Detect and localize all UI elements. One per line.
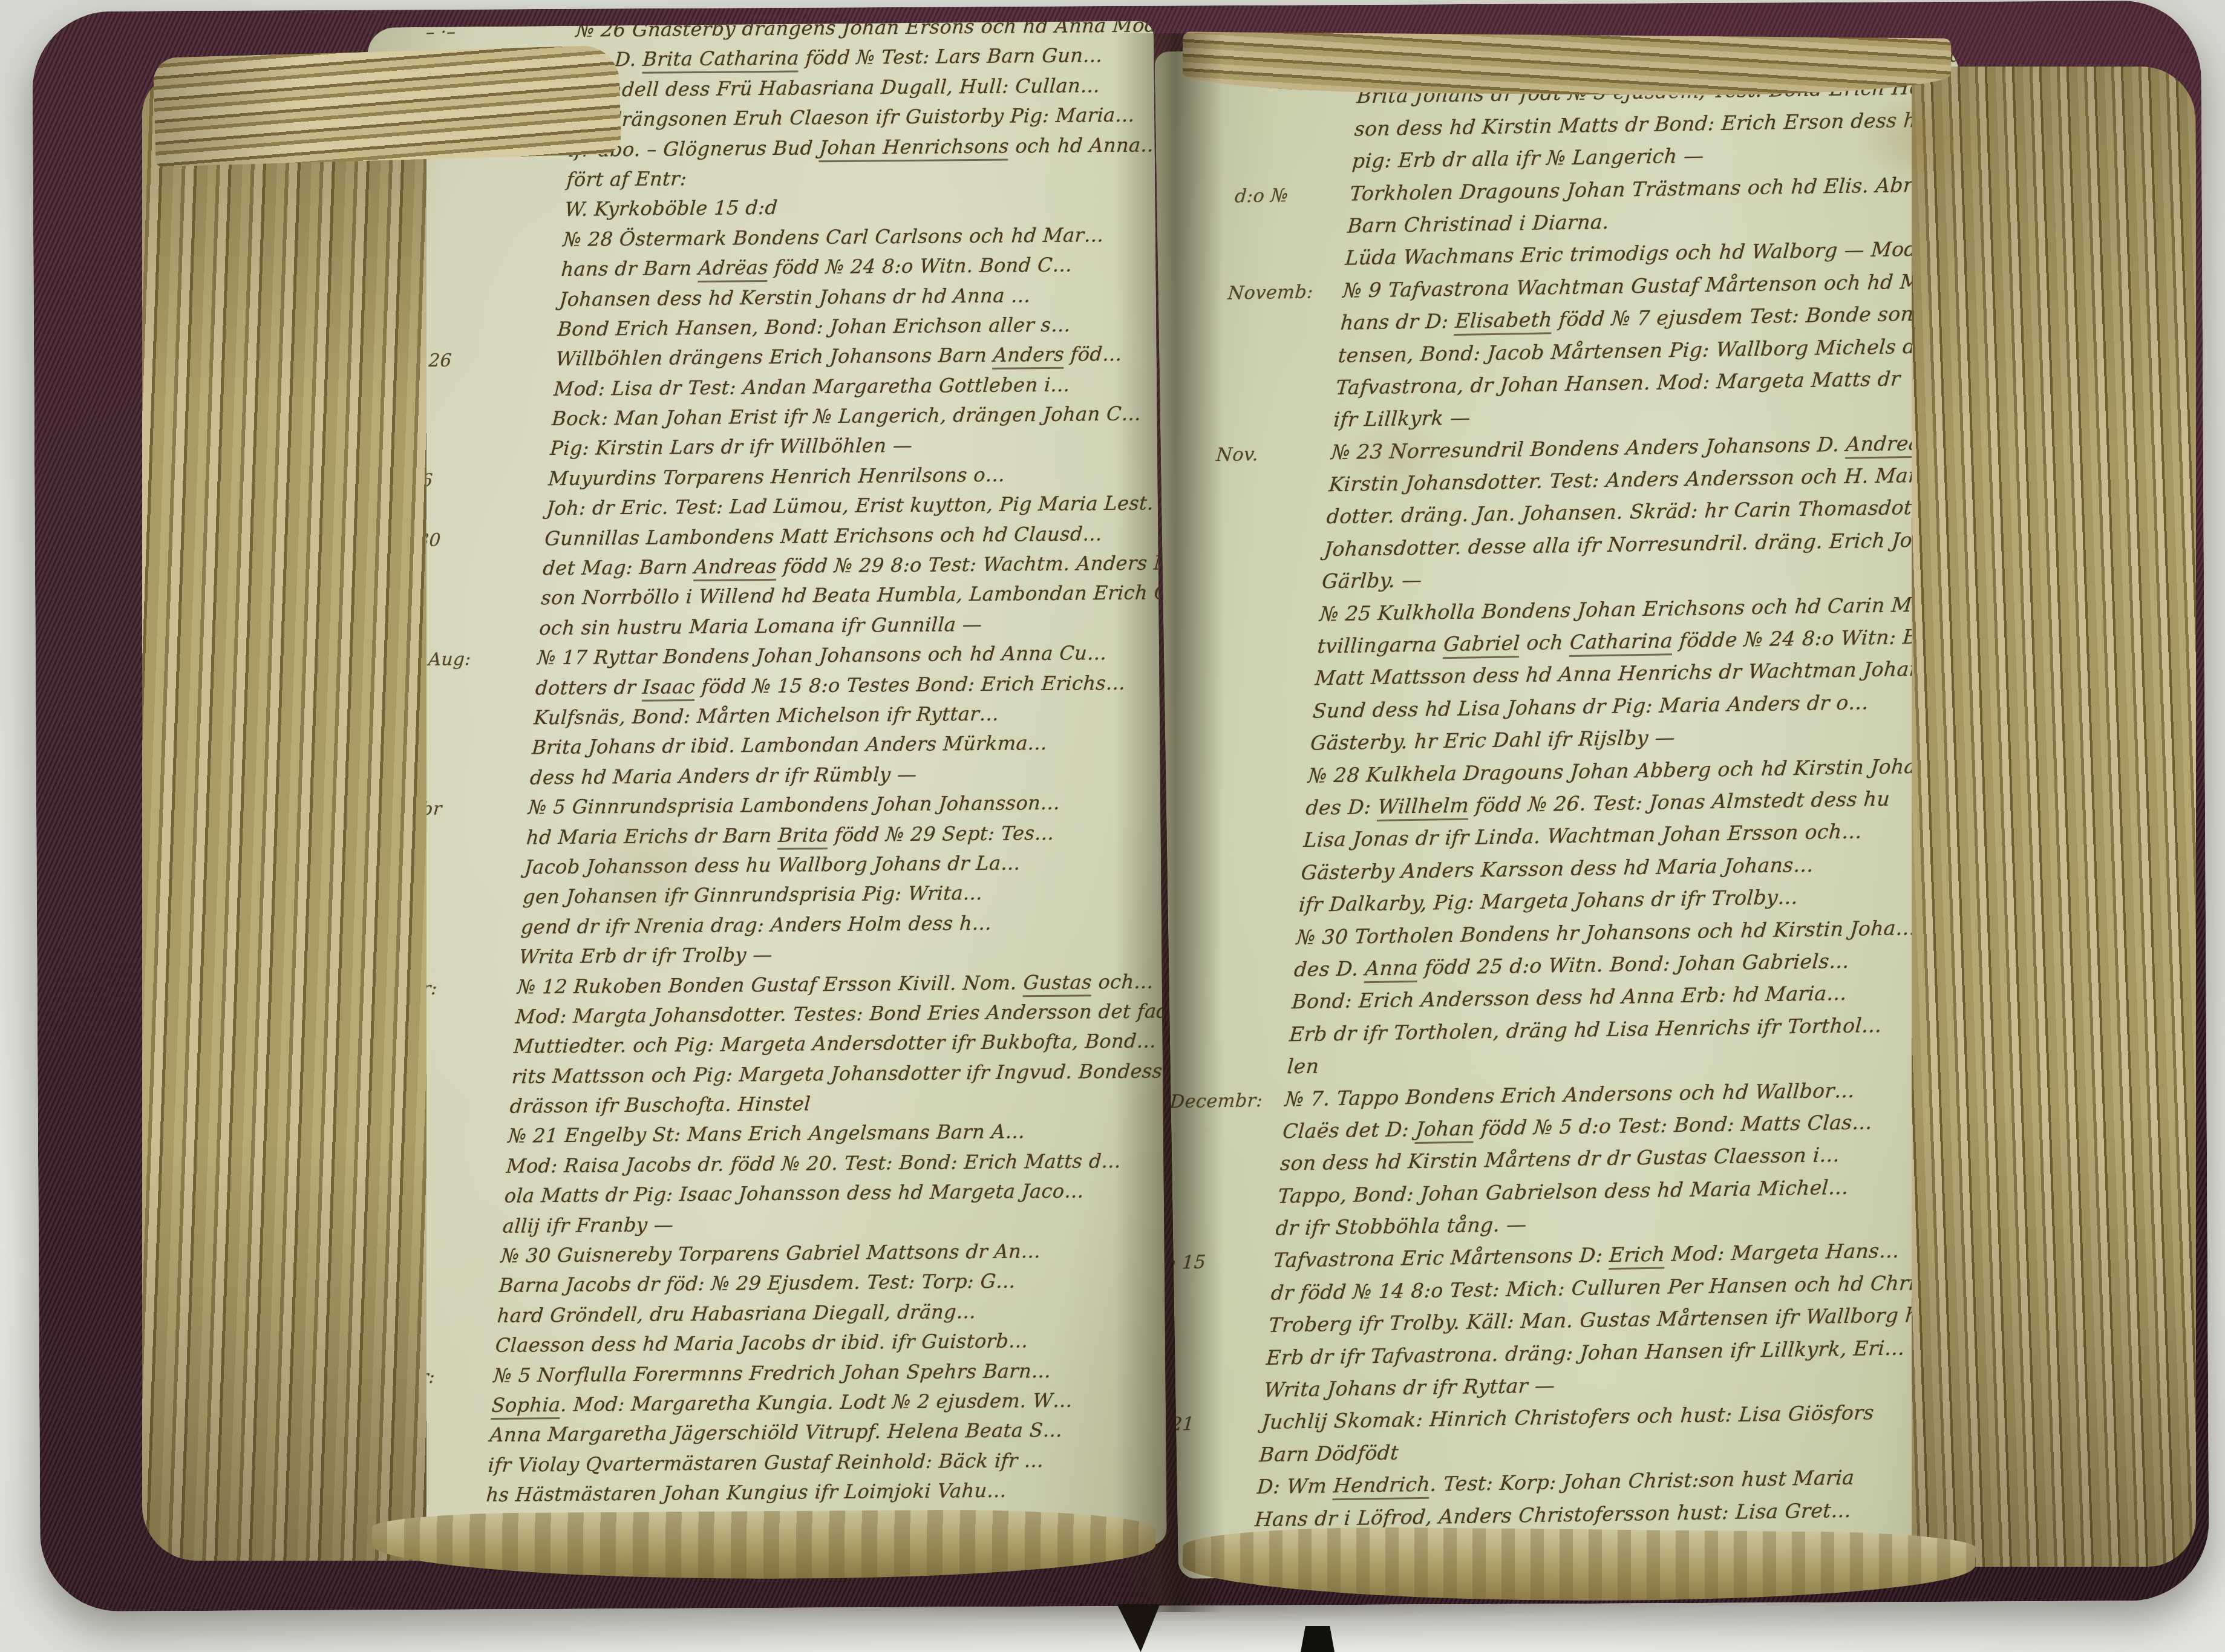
margin-note	[1207, 589, 1322, 590]
entry-text: Muyurdins Torparens Henrich Henrilsons o…	[547, 463, 1005, 490]
entry-text: och sin hustru Maria Lomana ifr Gunnilla…	[538, 613, 982, 639]
entry-text: Gunnillas Lambondens Matt Erichsons och …	[544, 522, 1103, 550]
left-page: – ·–№ 26 Gnasterby drängens Johan Ersons…	[367, 21, 1167, 1552]
margin-note	[1214, 491, 1328, 493]
margin-note	[1163, 1203, 1278, 1204]
margin-note: Nov.	[1215, 443, 1331, 466]
entry-text: Writa Erb dr ifr Trolby —	[518, 943, 773, 968]
entry-text: allij ifr Franby —	[502, 1213, 675, 1237]
margin-note: Decembr:	[1169, 1089, 1286, 1112]
entry-text: hans dr Barn Adrëas född № 24 8:o Witn. …	[560, 253, 1073, 281]
margin-note	[416, 186, 566, 188]
margin-note	[1200, 685, 1315, 687]
entry-text: № 30 Guisnereby Torparens Gabriel Mattso…	[500, 1239, 1042, 1267]
entry-text: Pig: Kirstin Lars dr ifr Willböhlen —	[549, 434, 913, 460]
margin-note	[1181, 944, 1296, 946]
entry-text: Willböhlen drängens Erich Johansons Barn…	[555, 342, 1123, 370]
margin-note	[1165, 1170, 1280, 1172]
margin-note: № 15	[1158, 1251, 1274, 1274]
margin-note: № 26	[405, 349, 556, 371]
entry-text: Claesson dess hd Maria Jacobs dr ibid. i…	[495, 1329, 1029, 1357]
margin-note: Novemb:	[1227, 281, 1343, 304]
page-edge-stack-right	[1912, 67, 2196, 1567]
margin-note	[1239, 135, 1354, 137]
entry-text: fört af Entr:	[566, 167, 688, 191]
right-page-entries: d:o№ Langerich Bonde Magnus Erich Matts …	[1154, 41, 1982, 1573]
entry-text: ifr Lillkyrk —	[1333, 406, 1471, 432]
entry-text: drässon ifr Buschofta. Hinstel	[509, 1092, 811, 1117]
entry-text: Bock: Man Johan Erist ifr № Langerich, d…	[551, 402, 1142, 431]
entry-text: hd Maria Erichs dr Barn Brita född № 29 …	[526, 821, 1055, 849]
entry-text: W. Kyrkoböble 15 d:d	[564, 196, 779, 221]
entry-text: Muttiedter. och Pig: Margeta Andersdotte…	[513, 1030, 1157, 1058]
margin-note	[1225, 330, 1340, 331]
entry-text: hard Gröndell, dru Habasriana Diegall, d…	[497, 1300, 977, 1327]
margin-note	[409, 305, 559, 307]
entry-text: Jacob Johansson dess hu Wallborg Johans …	[524, 851, 1021, 878]
entry-text: Gärlby. —	[1321, 568, 1423, 593]
margin-note	[1197, 717, 1312, 719]
margin-note	[1183, 912, 1298, 913]
margin-note	[407, 336, 557, 337]
entry-text: Gröndell dess Frü Habasriana Dugall, Hul…	[572, 74, 1101, 102]
margin-note	[1211, 524, 1326, 526]
entry-text: № 21 Engelby St: Mans Erich Angelsmans B…	[508, 1120, 1026, 1148]
entry-text: len	[1286, 1054, 1319, 1079]
margin-note	[1202, 653, 1317, 655]
entry-text: Sophia. Mod: Margaretha Kungia. Lodt № 2…	[491, 1389, 1074, 1417]
margin-note	[1223, 362, 1338, 364]
entry-text: ifr åbo. – Glögnerus Bud Johan Henrichso…	[568, 133, 1162, 162]
page-curl-top-left	[153, 45, 622, 166]
margin-note	[411, 276, 561, 277]
margin-note	[1167, 1138, 1282, 1140]
entry-text: № 5 Norflulla Forermnns Fredrich Johan S…	[493, 1359, 1052, 1387]
margin-note	[414, 216, 564, 217]
margin-note	[1241, 103, 1356, 105]
page-edge-stack-left	[142, 73, 426, 1561]
margin-note	[1232, 233, 1347, 235]
margin-note	[1160, 1235, 1275, 1237]
entry-text: hs Hästmästaren Johan Kungius ifr Loimjo…	[486, 1479, 1008, 1507]
margin-note	[1209, 556, 1324, 558]
entry-text: Joh: dr Eric. Test: Lad Lümou, Erist kuy…	[546, 491, 1167, 520]
entry-text: gend dr ifr Nrenia drag: Anders Holm des…	[520, 911, 993, 938]
margin-note	[1237, 168, 1351, 170]
margin-note	[1172, 1073, 1287, 1075]
margin-note	[1193, 782, 1308, 784]
entry-text: № 28 Östermark Bondens Carl Carlsons och…	[562, 223, 1105, 251]
entry-text: ola Matts dr Pig: Isaac Johansson dess h…	[504, 1180, 1085, 1207]
margin-note: d:o №	[1234, 184, 1350, 207]
entry-text: Gästerby. hr Eric Dahl ifr Rijslby —	[1310, 725, 1676, 755]
entry-text: Mod: Raisa Jacobs dr. född № 20. Test: B…	[506, 1149, 1122, 1178]
entry-text: ifr Violay Qvartermästaren Gustaf Reinho…	[488, 1449, 1045, 1477]
bottom-edge-notch	[1301, 1626, 1335, 1652]
margin-note	[1177, 1009, 1292, 1011]
entry-text: pig: Erb dr alla ifr № Langerich —	[1351, 143, 1705, 172]
entry-text: Barna Jacobs dr föd: № 29 Ejusdem. Test:…	[498, 1270, 1017, 1297]
entry-text: des D. Brita Catharina född № Test: Lars…	[573, 44, 1103, 71]
entry-text: Barn Dödfödt	[1259, 1440, 1400, 1466]
margin-note	[1179, 976, 1294, 978]
entry-text: Anna Margaretha Jägerschiöld Vitrupf. He…	[489, 1419, 1063, 1446]
margin-note	[1195, 750, 1310, 752]
entry-text: Kulfsnäs, Bond: Mårten Michelson ifr Ryt…	[533, 702, 1000, 730]
margin-note	[1186, 880, 1301, 881]
entry-text: Johansen dess hd Kerstin Johans dr hd An…	[558, 284, 1031, 311]
entry-text: Bond Erich Hansen, Bond: Johan Erichson …	[557, 313, 1071, 340]
entry-text: Mod: Lisa dr Test: Andan Margaretha Gott…	[553, 373, 1071, 400]
margin-note	[1174, 1041, 1289, 1043]
margin-note	[1204, 621, 1319, 622]
margin-note	[1188, 847, 1303, 849]
left-page-entries: – ·–№ 26 Gnasterby drängens Johan Ersons…	[367, 21, 1167, 1544]
entry-text: Brita Johans dr ibid. Lambondan Anders M…	[531, 731, 1048, 759]
photo-scene: – ·–№ 26 Gnasterby drängens Johan Ersons…	[0, 0, 2225, 1652]
entry-text: № 5 Ginnrundsprisia Lambondens Johan Joh…	[528, 791, 1061, 819]
margin-note	[1230, 265, 1345, 267]
margin-note	[1191, 815, 1305, 817]
margin-note: |	[413, 230, 564, 252]
entry-text: Barn Christinad i Diarna.	[1347, 210, 1610, 238]
margin-note	[1218, 426, 1333, 428]
entry-text: tod drängsonen Eruh Claeson ifr Guistorb…	[570, 103, 1136, 131]
entry-text: dr ifr Stobböhla tång. —	[1275, 1212, 1527, 1240]
entry-text: gen Johansen ifr Ginnrundsprisia Pig: Wr…	[522, 881, 984, 909]
margin-note	[1221, 394, 1336, 396]
torn-edge-top-right	[1183, 31, 1952, 97]
right-page: d:o№ Langerich Bonde Magnus Erich Matts …	[1154, 39, 1982, 1579]
entry-text: № 12 Rukoben Bonden Gustaf Ersson Kivill…	[517, 970, 1154, 998]
entry-text: № 17 Ryttar Bondens Johan Johansons och …	[537, 641, 1108, 669]
entry-text: dess hd Maria Anders dr ifr Rümbly —	[529, 763, 918, 789]
entry-text: det Mag: Barn Andreas född № 29 8:o Test…	[542, 551, 1167, 580]
entry-text: dotters dr Isaac född № 15 8:o Testes Bo…	[535, 671, 1126, 699]
entry-text: Writa Johans dr ifr Ryttar —	[1263, 1373, 1556, 1402]
